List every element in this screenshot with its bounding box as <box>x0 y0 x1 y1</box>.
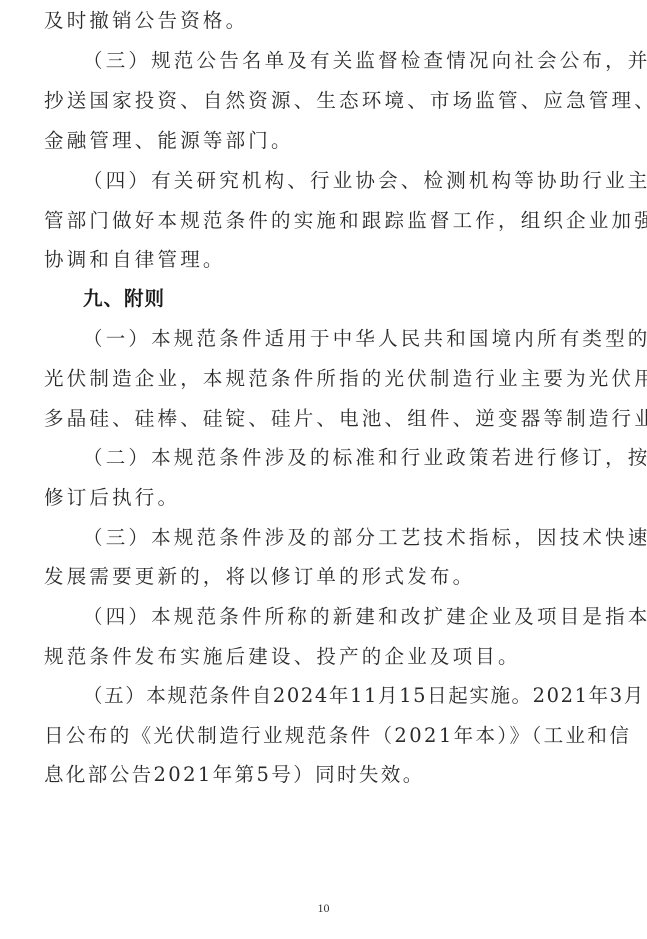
page-number: 10 <box>0 901 647 916</box>
paragraph-line: （四）有关研究机构、行业协会、检测机构等协助行业主 <box>83 167 647 195</box>
paragraph-line: （三）规范公告名单及有关监督检查情况向社会公布，并 <box>83 47 647 75</box>
paragraph-line: 及时撤销公告资格。 <box>44 7 248 35</box>
paragraph-line: （四）本规范条件所称的新建和改扩建企业及项目是指本 <box>83 603 647 631</box>
paragraph-line: 发展需要更新的，将以修订单的形式发布。 <box>44 563 475 591</box>
paragraph-line: 息化部公告2021年第5号）同时失效。 <box>44 761 425 789</box>
paragraph-line: 修订后执行。 <box>44 484 180 512</box>
section-heading: 九、附则 <box>83 285 165 313</box>
paragraph-line: （三）本规范条件涉及的部分工艺技术指标，因技术快速 <box>83 524 647 552</box>
paragraph-line: 协调和自律管理。 <box>44 246 226 274</box>
paragraph-line: 管部门做好本规范条件的实施和跟踪监督工作，组织企业加强 <box>44 207 647 235</box>
paragraph-line: 日公布的《光伏制造行业规范条件（2021年本）》（工业和信 <box>44 722 631 750</box>
paragraph-line: 抄送国家投资、自然资源、生态环境、市场监管、应急管理、 <box>44 87 647 115</box>
paragraph-line: 规范条件发布实施后建设、投产的企业及项目。 <box>44 643 521 671</box>
paragraph-line: 多晶硅、硅棒、硅锭、硅片、电池、组件、逆变器等制造行业。 <box>44 405 647 433</box>
paragraph-line: （五）本规范条件自2024年11月15日起实施。2021年3月15 <box>83 682 647 710</box>
paragraph-line: （二）本规范条件涉及的标准和行业政策若进行修订，按 <box>83 444 647 472</box>
paragraph-line: 金融管理、能源等部门。 <box>44 127 294 155</box>
paragraph-line: （一）本规范条件适用于中华人民共和国境内所有类型的 <box>83 325 647 353</box>
paragraph-line: 光伏制造企业，本规范条件所指的光伏制造行业主要为光伏用 <box>44 365 647 393</box>
